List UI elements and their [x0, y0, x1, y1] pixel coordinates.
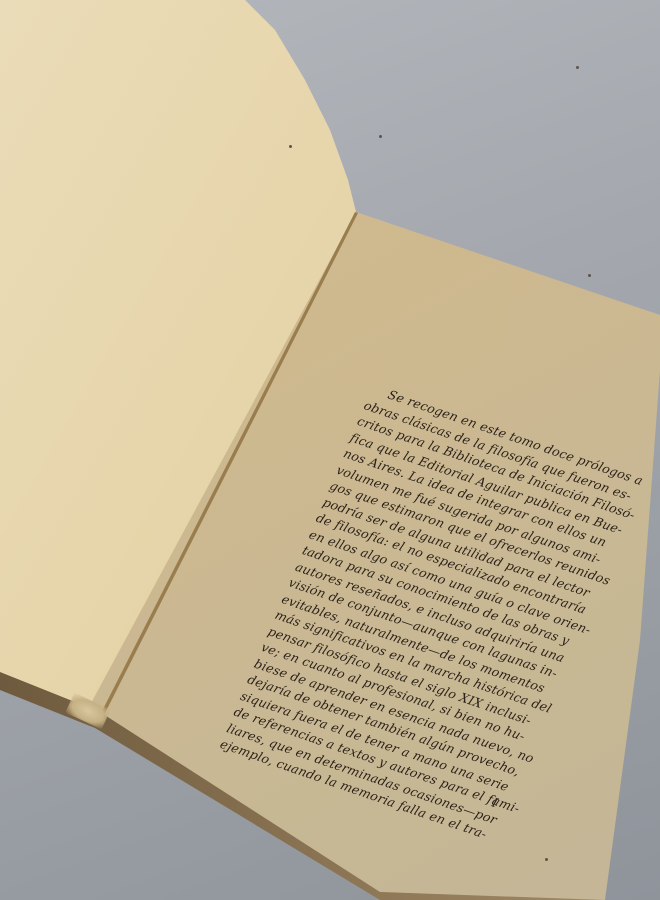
paper-spot	[289, 145, 292, 148]
surface-spot	[379, 135, 382, 138]
paper-spot	[588, 274, 591, 277]
surface-spot	[576, 66, 579, 69]
photo-scene: Se recogen en este tomo doce prólogos a …	[0, 0, 660, 900]
paper-spot	[545, 858, 548, 861]
